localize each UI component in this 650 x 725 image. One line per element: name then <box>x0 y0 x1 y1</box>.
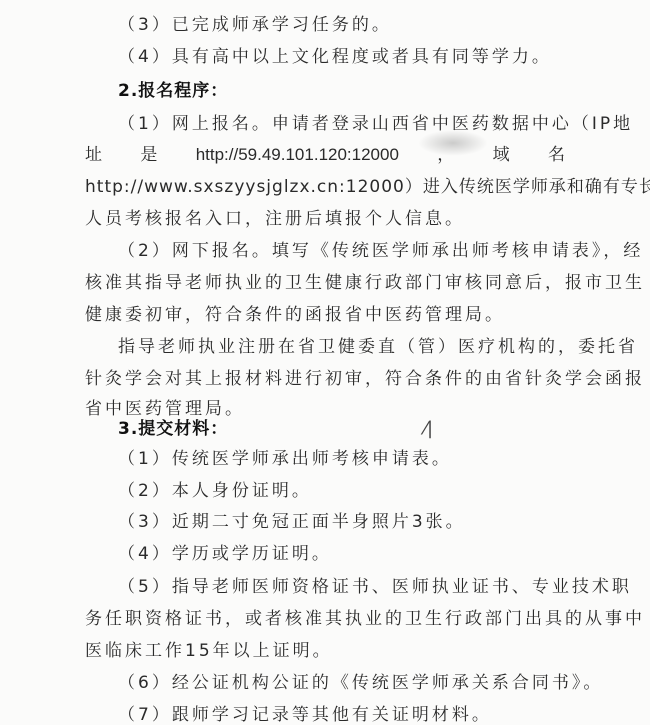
material-item-7: （7）跟师学习记录等其他有关证明材料。 <box>118 704 492 725</box>
eligibility-item-3: （3）已完成师承学习任务的。 <box>118 14 392 36</box>
registration-online-line-4: 人员考核报名入口，注册后填报个人信息。 <box>85 208 465 230</box>
section-heading-registration: 2.报名程序： <box>118 80 228 102</box>
material-item-4: （4）学历或学历证明。 <box>118 543 332 565</box>
material-item-6: （6）经公证机构公证的《传统医学师承关系合同书》。 <box>118 672 603 694</box>
registration-note-line-1: 指导老师执业注册在省卫健委直（管）医疗机构的，委托省 <box>118 336 638 358</box>
ip-url: http://59.49.101.120:12000 <box>196 144 399 166</box>
section-heading-materials: 3.提交材料： <box>118 418 228 440</box>
pen-mark: ⁄| <box>424 418 433 439</box>
registration-note-line-2: 针灸学会对其上报材料进行初审，符合条件的由省针灸学会函报 <box>85 368 645 390</box>
material-item-2: （2）本人身份证明。 <box>118 480 312 502</box>
registration-offline-line-2: 核准其指导老师执业的卫生健康行政部门审核同意后，报市卫生 <box>85 272 645 294</box>
material-item-5-line-3: 医临床工作15年以上证明。 <box>85 640 333 662</box>
eligibility-item-4: （4）具有高中以上文化程度或者具有同等学力。 <box>118 46 552 68</box>
registration-offline-line-3: 健康委初审，符合条件的函报省中医药管理局。 <box>85 304 505 326</box>
registration-note-line-3: 省中医药管理局。 <box>85 398 245 420</box>
registration-online-line-3: http://www.sxszyysjglzx.cn:12000）进入传统医学师… <box>85 176 650 198</box>
registration-online-line-1: （1）网上报名。申请者登录山西省中医药数据中心（IP地 <box>118 113 633 135</box>
material-item-3: （3）近期二寸免冠正面半身照片3张。 <box>118 511 466 533</box>
registration-offline-line-1: （2）网下报名。填写《传统医学师承出师考核申请表》，经 <box>118 240 643 262</box>
material-item-5-line-1: （5）指导老师医师资格证书、医师执业证书、专业技术职 <box>118 576 632 598</box>
registration-online-line-2: 址 是 http://59.49.101.120:12000 ， 域 名 <box>85 144 565 166</box>
material-item-5-line-2: 务任职资格证书，或者核准其执业的卫生行政部门出具的从事中 <box>85 608 645 630</box>
material-item-1: （1）传统医学师承出师考核申请表。 <box>118 448 452 470</box>
